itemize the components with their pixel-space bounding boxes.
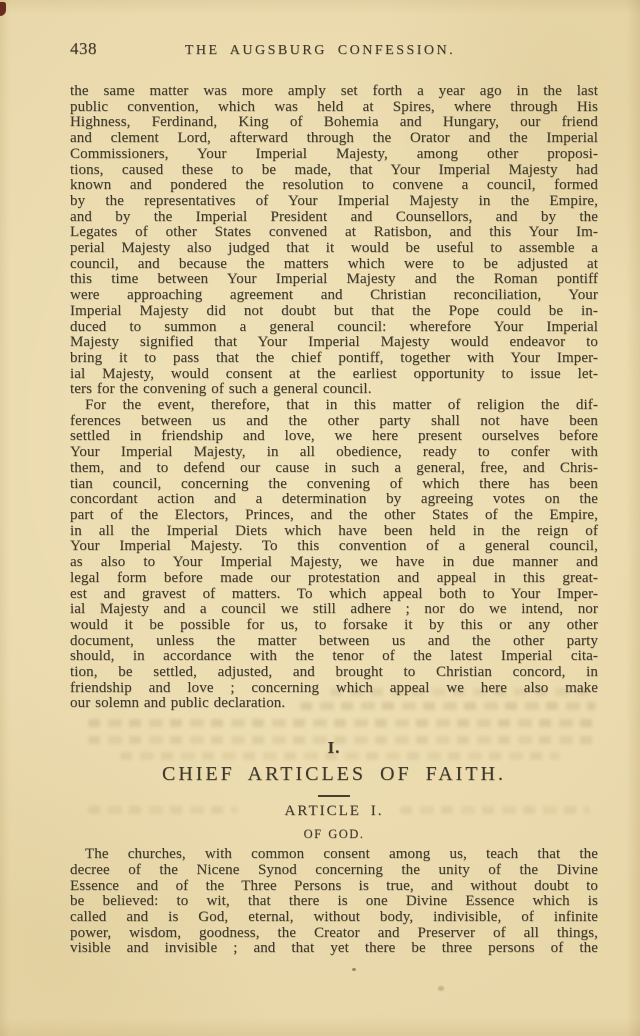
text-line: Imperial Majesty did not doubt but that … (70, 304, 598, 320)
text-line: known and pondered the resolution to con… (70, 178, 598, 194)
text-line: were approaching agreement and Christian… (70, 288, 598, 304)
article-heading: ARTICLE I. (70, 803, 598, 820)
text-line: duced to summon a general council: where… (70, 320, 598, 336)
text-line: ters for the convening of such a general… (70, 382, 598, 398)
text-line: ial Majesty and a council we still adher… (70, 602, 598, 618)
text-line: should, in accordance with the tenor of … (70, 649, 598, 665)
article-1-paragraph: The churches, with common consent among … (70, 847, 598, 957)
text-line: this time between Your Imperial Majesty … (70, 272, 598, 288)
paragraph-appeal: For the event, therefore, that in this m… (70, 398, 598, 712)
page-corner-stain (0, 2, 6, 16)
text-line: power, wisdom, goodness, the Creator and… (70, 926, 598, 942)
scanned-book-page: 438 THE AUGSBURG CONFESSION. the same ma… (0, 0, 640, 1036)
text-line: in all the Imperial Diets which have bee… (70, 524, 598, 540)
text-line: concordant action and a determination by… (70, 492, 598, 508)
article-subject-heading: OF GOD. (70, 827, 598, 841)
section-title: CHIEF ARTICLES OF FAITH. (70, 762, 598, 786)
text-column: the same matter was more amply set forth… (70, 84, 598, 957)
text-line: public convention, which was held at Spi… (70, 100, 598, 116)
text-line: Legates of other States convened at Rati… (70, 225, 598, 241)
paper-speck (352, 968, 356, 971)
text-line: document, unless the matter between us a… (70, 634, 598, 650)
text-line: and by the Imperial President and Counse… (70, 210, 598, 226)
text-line: est and gravest of matters. To which app… (70, 587, 598, 603)
text-line: Highness, Ferdinand, King of Bohemia and… (70, 115, 598, 131)
text-line: tian council, concerning the convening o… (70, 477, 598, 493)
text-line: decree of the Nicene Synod concerning th… (70, 863, 598, 879)
text-line: settled in friendship and love, we here … (70, 429, 598, 445)
text-line: the same matter was more amply set forth… (70, 84, 598, 100)
running-title: THE AUGSBURG CONFESSION. (0, 43, 640, 59)
text-line: friendship and love ; concerning which a… (70, 681, 598, 697)
text-line: For the event, therefore, that in this m… (70, 398, 598, 414)
text-line: ferences between us and the other party … (70, 414, 598, 430)
text-line: Essence and of the Three Persons is true… (70, 879, 598, 895)
text-line: bring it to pass that the chief pontiff,… (70, 351, 598, 367)
text-line: would it be possible for us, to forsake … (70, 618, 598, 634)
text-line: by the representatives of Your Imperial … (70, 194, 598, 210)
text-line: Commissioners, Your Imperial Majesty, am… (70, 147, 598, 163)
divider-rule (318, 795, 350, 797)
text-line: council, and because the matters which w… (70, 257, 598, 273)
text-line: called and is God, eternal, without body… (70, 910, 598, 926)
text-line: Your Imperial Majesty. To this conventio… (70, 539, 598, 555)
text-line: Majesty signified that Your Imperial Maj… (70, 335, 598, 351)
paper-speck (438, 986, 444, 991)
paragraph-continuation: the same matter was more amply set forth… (70, 84, 598, 398)
text-line: ial Majesty, would consent at the earlie… (70, 367, 598, 383)
text-line: as also to Your Imperial Majesty, we hav… (70, 555, 598, 571)
text-line: visible and invisible ; and that yet the… (70, 941, 598, 957)
text-line: perial Majesty also judged that it would… (70, 241, 598, 257)
text-line: them, and to defend our cause in such a … (70, 461, 598, 477)
text-line: and clement Lord, afterward through the … (70, 131, 598, 147)
text-line: be believed: to wit, that there is one D… (70, 894, 598, 910)
section-numeral: I. (70, 738, 598, 757)
text-line: The churches, with common consent among … (70, 847, 598, 863)
text-line: tion, be settled, adjusted, and brought … (70, 665, 598, 681)
text-line: tions, caused these to be made, that You… (70, 163, 598, 179)
text-line: legal form before made our protestation … (70, 571, 598, 587)
text-line: our solemn and public declaration. (70, 696, 598, 712)
text-line: Your Imperial Majesty, in all obedience,… (70, 445, 598, 461)
text-line: part of the Electors, Princes, and the o… (70, 508, 598, 524)
